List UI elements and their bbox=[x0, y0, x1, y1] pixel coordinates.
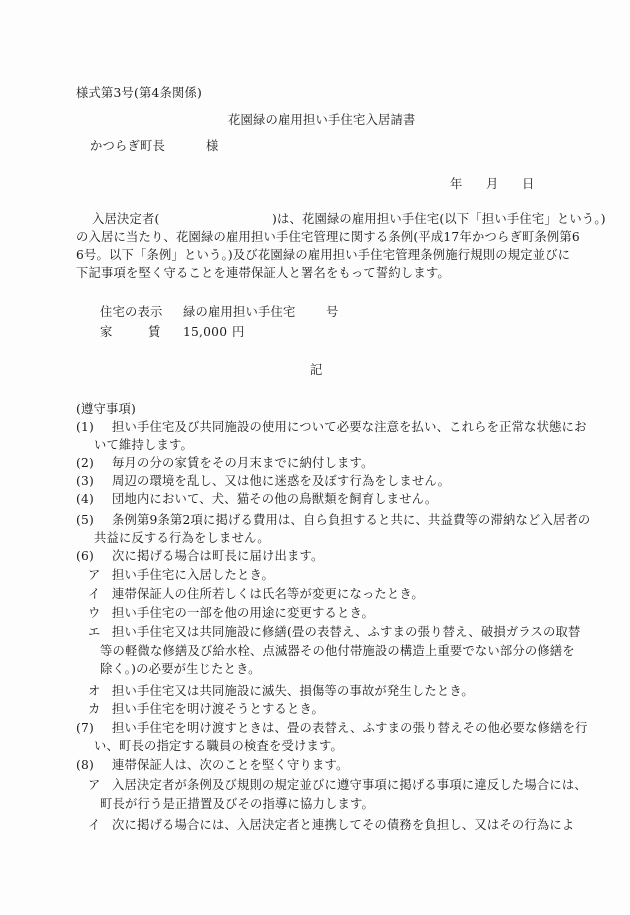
rule-6-e-cont-2: 除く。)の必要が生じたとき。 bbox=[100, 661, 261, 677]
rule-8: (8)連帯保証人は、次のことを堅く守ります。 bbox=[76, 757, 348, 773]
rules-heading: (遵守事項) bbox=[76, 401, 136, 417]
addressee: かつらぎ町長 bbox=[90, 138, 165, 154]
rule-1: (1)担い手住宅及び共同施設の使用について必要な注意を払い、これらを正常な状態に… bbox=[76, 419, 587, 435]
date-month: 月 bbox=[486, 176, 499, 192]
rule-6: (6)次に掲げる場合は町長に届け出ます。 bbox=[76, 548, 323, 564]
form-number: 様式第3号(第4条関係) bbox=[76, 85, 202, 101]
rule-8-a: ア入居決定者が条例及び規則の規定並びに遵守事項に掲げる事項に違反した場合には、 bbox=[88, 777, 587, 793]
rent-amount: 15,000 bbox=[183, 324, 227, 340]
rule-6-e: エ担い手住宅又は共同施設に修繕(畳の表替え、ふすまの張り替え、破損ガラスの取替 bbox=[88, 624, 581, 640]
rule-7-cont: い、町長の指定する職員の検査を受けます。 bbox=[94, 738, 343, 754]
rule-5-cont: 共益に反する行為をしません。 bbox=[94, 530, 270, 546]
rule-1-cont: いて維持します。 bbox=[94, 437, 193, 453]
ki-heading: 記 bbox=[310, 362, 323, 378]
rent-unit: 円 bbox=[232, 324, 245, 340]
rule-5: (5)条例第9条第2項に掲げる費用は、自ら負担すると共に、共益費等の滞納など入居… bbox=[76, 512, 590, 528]
housing-unit-suffix: 号 bbox=[326, 304, 339, 320]
housing-display-value: 緑の雇用担い手住宅 bbox=[183, 304, 295, 320]
intro-line-1: 入居決定者( )は、花園緑の雇用担い手住宅(以下「担い手住宅」という。) bbox=[92, 211, 606, 227]
rule-2: (2)毎月の分の家賃をその月末までに納付します。 bbox=[76, 455, 373, 471]
rule-6-i: イ連帯保証人の住所若しくは氏名等が変更になったとき。 bbox=[88, 586, 424, 602]
rent-label-1: 家 bbox=[100, 324, 113, 340]
rule-6-o: オ担い手住宅又は共同施設に滅失、損傷等の事故が発生したとき。 bbox=[88, 683, 474, 699]
rule-6-a: ア担い手住宅に入居したとき。 bbox=[88, 567, 274, 583]
rule-6-ka: カ担い手住宅を明け渡そうとするとき。 bbox=[88, 701, 324, 717]
rule-8-a-cont: 町長が行う是正措置及びその指導に協力します。 bbox=[100, 796, 374, 812]
date-day: 日 bbox=[522, 176, 535, 192]
rule-8-i: イ次に掲げる場合には、入居決定者と連携してその債務を負担し、又はその行為によ bbox=[88, 817, 574, 833]
rule-6-e-cont-1: 等の軽微な修繕及び給水栓、点滅器その他付帯施設の構造上重要でない部分の修繕を bbox=[100, 643, 575, 659]
document-title: 花園緑の雇用担い手住宅入居請書 bbox=[228, 112, 415, 128]
intro-line-4: 下記事項を堅く守ることを連帯保証人と署名をもって誓約します。 bbox=[76, 265, 450, 281]
intro-line-2: の入居に当たり、花園緑の雇用担い手住宅管理に関する条例(平成17年かつらぎ町条例… bbox=[76, 229, 580, 245]
intro-line-3: 6号。以下「条例」という。)及び花園緑の雇用担い手住宅管理条例施行規則の規定並び… bbox=[76, 247, 570, 263]
rent-label-2: 賃 bbox=[148, 324, 161, 340]
date-year: 年 bbox=[450, 176, 463, 192]
housing-display-label: 住宅の表示 bbox=[100, 304, 163, 320]
honorific: 様 bbox=[206, 138, 219, 154]
rule-4: (4)団地内において、犬、猫その他の鳥獣類を飼育しません。 bbox=[76, 491, 437, 507]
rule-6-u: ウ担い手住宅の一部を他の用途に変更するとき。 bbox=[88, 605, 374, 621]
rule-3: (3)周辺の環境を乱し、又は他に迷惑を及ぼす行為をしません。 bbox=[76, 473, 450, 489]
rule-7: (7)担い手住宅を明け渡すときは、畳の表替え、ふすまの張り替えその他必要な修繕を… bbox=[76, 720, 588, 736]
